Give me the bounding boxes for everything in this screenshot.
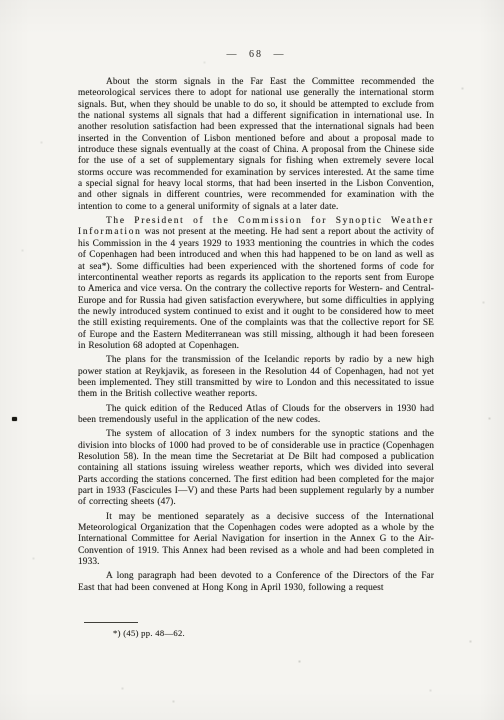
paragraph-text: A long paragraph had been devoted to a C…	[78, 571, 434, 592]
paragraph-text: The plans for the transmission of the Ic…	[78, 355, 434, 399]
page-number: — 68 —	[78, 49, 434, 60]
paragraph-text: The quick edition of the Reduced Atlas o…	[78, 404, 434, 425]
paragraph: The President of the Commission for Syno…	[78, 216, 434, 352]
paragraph-text: The system of allocation of 3 index numb…	[78, 429, 434, 507]
footnote-text: *) (45) pp. 48—62.	[113, 628, 434, 638]
paragraph: The plans for the transmission of the Ic…	[78, 355, 434, 400]
paragraph: The system of allocation of 3 index numb…	[78, 429, 434, 508]
paragraph: It may be mentioned separately as a deci…	[78, 512, 434, 569]
footnote: *) (45) pp. 48—62.	[78, 622, 434, 638]
ink-blot-mark	[12, 417, 17, 421]
paragraph-text: It may be mentioned separately as a deci…	[78, 512, 434, 567]
paragraph-text: was not present at the meeting. He had s…	[78, 227, 434, 350]
page-body-text: About the storm signals in the Far East …	[78, 77, 434, 594]
scanned-document-page: — 68 — About the storm signals in the Fa…	[0, 0, 504, 720]
paragraphs-container: About the storm signals in the Far East …	[78, 77, 434, 594]
paragraph: A long paragraph had been devoted to a C…	[78, 571, 434, 594]
paragraph-text: About the storm signals in the Far East …	[78, 77, 434, 212]
footnote-rule	[84, 622, 138, 623]
paragraph: The quick edition of the Reduced Atlas o…	[78, 404, 434, 427]
paragraph: About the storm signals in the Far East …	[78, 77, 434, 213]
scan-noise	[0, 0, 1, 1]
